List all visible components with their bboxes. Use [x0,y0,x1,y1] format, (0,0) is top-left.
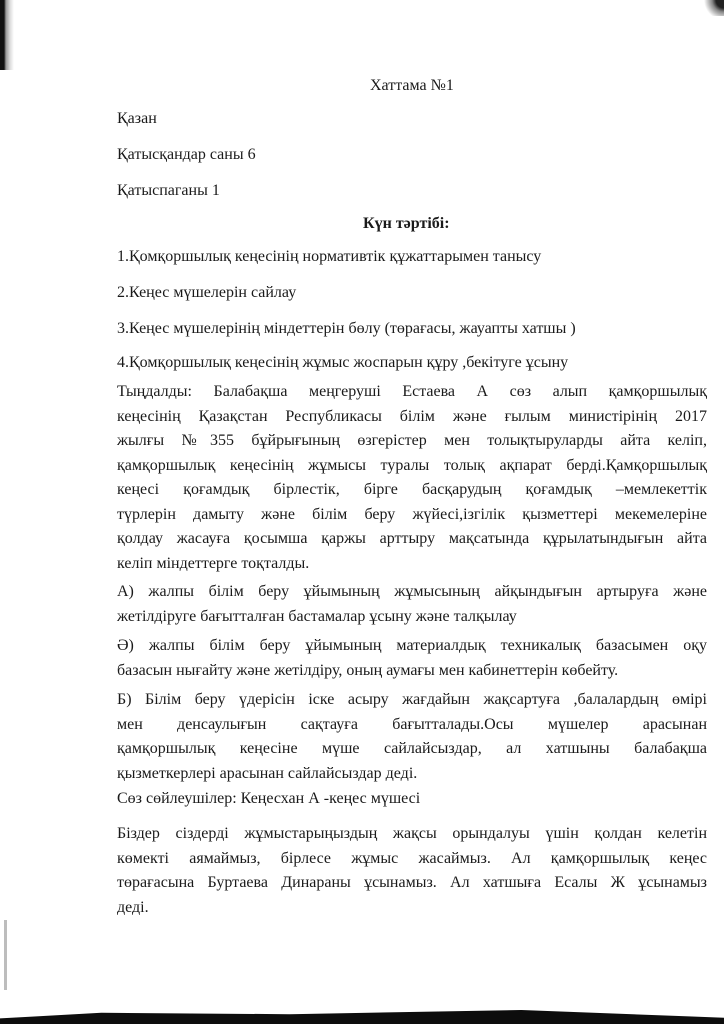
text-line: Ә) жалпы білім беру ұйымының материалдық… [117,634,707,659]
text-line: Б) Білім беру үдерісін іске асыру жағдай… [117,688,707,713]
speakers-line: Сөз сөйлеушілер: Кеңесхан А -кеңес мүшес… [117,788,420,809]
scan-shadow-bottom [0,1010,724,1024]
text-line: түрлерін дамыту және білім беру жүйесі,і… [117,503,707,528]
scan-shadow-top-left [0,0,14,70]
text-line: Тыңдалды: Балабақша меңгеруші Естаева А … [117,380,707,405]
text-line: А) жалпы білім беру ұйымының жұмысының а… [117,580,707,605]
text-line: базасын нығайту және жетілдіру, оның аум… [117,659,707,684]
agenda-heading: Күн тәртібі: [363,213,450,234]
text-line: кеңесінің Қазақстан Республикасы білім ж… [117,405,707,430]
text-line: Біздер сіздерді жұмыстарыңыздың жақсы ор… [117,822,707,847]
text-line: жылғы №355 бұйрығының өзгерістер мен тол… [117,429,707,454]
text-line: төрағасына Буртаева Динараны ұсынамыз. А… [117,871,707,896]
agenda-item-2: 2.Кеңес мүшелерін сайлау [117,282,296,303]
text-line: кеңесі қоғамдық бірлестік, бірге басқару… [117,478,707,503]
agenda-item-3: 3.Кеңес мүшелерінің міндеттерін бөлу (тө… [117,318,576,339]
meeting-place: Қазан [117,108,157,129]
scan-shadow-left [4,920,7,990]
document-title: Хаттама №1 [370,75,454,96]
text-line: жетілдіруге бағытталған бастамалар ұсыну… [117,605,707,630]
text-line: деді. [117,896,707,921]
text-line: қызметкерлері арасынан сайлайсыздар деді… [117,762,707,787]
attended-count: Қатысқандар саны 6 [117,144,256,165]
scan-shadow-top-right [704,0,724,16]
heard-paragraph: Тыңдалды: Балабақша меңгеруші Естаева А … [117,380,707,576]
point-b-paragraph: Б) Білім беру үдерісін іске асыру жағдай… [117,688,707,786]
agenda-item-1: 1.Қомқоршылық кеңесінің нормативтік құжа… [117,246,541,267]
text-line: қолдау жасауға қосымша қаржы арттыру мақ… [117,527,707,552]
text-line: қамқоршылық кеңесінің жұмысы туралы толы… [117,454,707,479]
scanned-page: Хаттама №1 Қазан Қатысқандар саны 6 Қаты… [0,0,724,1024]
point-a-paragraph: А) жалпы білім беру ұйымының жұмысының а… [117,580,707,629]
text-line: келіп міндеттерге тоқталды. [117,552,707,577]
text-line: көмекті аямаймыз, бірлесе жұмыс жасаймыз… [117,847,707,872]
text-line: мен денсаулығын сақтауға бағытталады.Осы… [117,713,707,738]
text-line: қамқоршылық кеңесіне мүше сайлайсыздар, … [117,737,707,762]
point-ae-paragraph: Ә) жалпы білім беру ұйымының материалдық… [117,634,707,683]
absent-count: Қатыспаганы 1 [117,180,220,201]
agenda-item-4: 4.Қомқоршылық кеңесінің жұмыс жоспарын қ… [117,352,568,373]
speech-paragraph: Біздер сіздерді жұмыстарыңыздың жақсы ор… [117,822,707,920]
